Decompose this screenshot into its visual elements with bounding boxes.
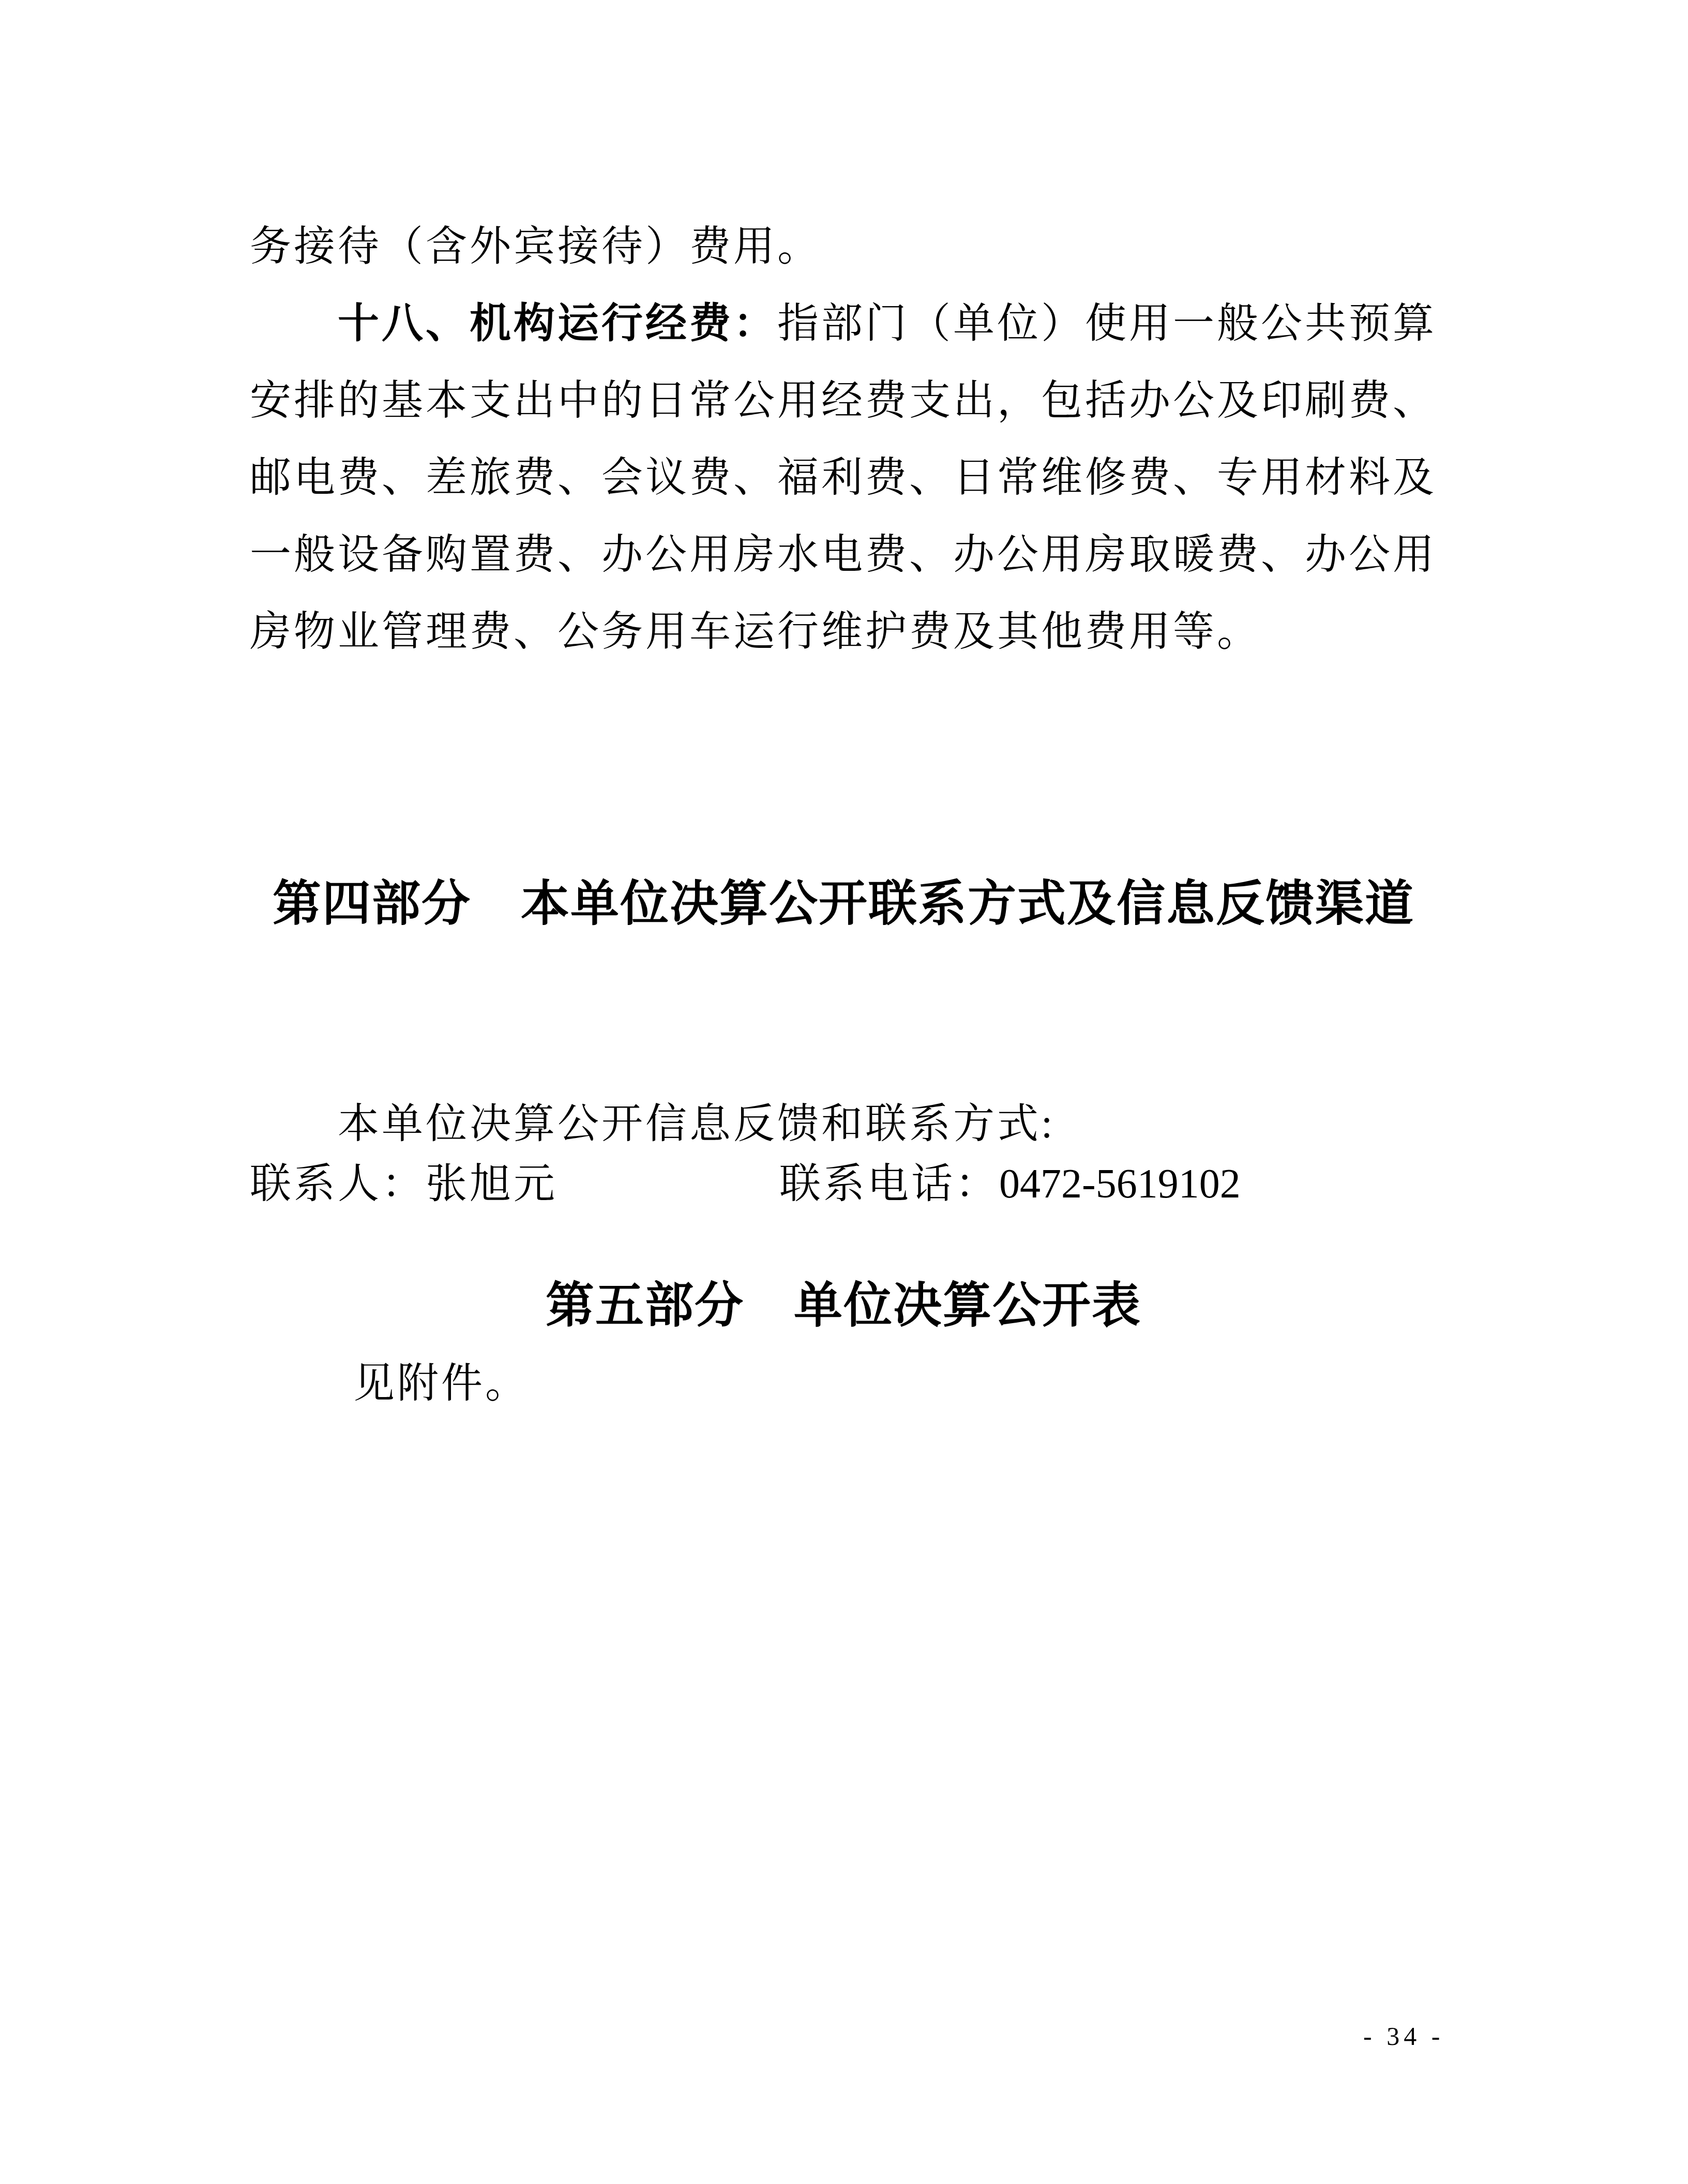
contact-person-name: 张旭元 [426, 1161, 557, 1207]
attachment-note-line: 见附件。 [250, 1362, 1437, 1406]
contact-phone-line: 联系电话：0472-5619102 [779, 1162, 1241, 1206]
paragraph-17-tail-line: 务接待（含外宾接待）费用。 [250, 225, 1437, 269]
paragraph-18-line-1-rest: 指部门（单位）使用一般公共预算 [777, 301, 1437, 346]
paragraph-18-line-2: 安排的基本支出中的日常公用经费支出，包括办公及印刷费、 [250, 379, 1437, 423]
paragraph-18-line-4: 一般设备购置费、办公用房水电费、办公用房取暖费、办公用 [250, 533, 1437, 577]
paragraph-18-lead-bold: 十八、机构运行经费： [338, 301, 777, 346]
document-page: 务接待（含外宾接待）费用。 十八、机构运行经费：指部门（单位）使用一般公共预算 … [0, 0, 1688, 2184]
page-number: - 34 - [1363, 2023, 1444, 2050]
contact-person-label: 联系人： [250, 1161, 426, 1207]
heading-part-5: 第五部分 单位决算公开表 [250, 1281, 1437, 1332]
contact-intro-line: 本单位决算公开信息反馈和联系方式: [250, 1102, 1437, 1146]
paragraph-18-line-5: 房物业管理费、公务用车运行维护费及其他费用等。 [250, 610, 1437, 654]
heading-part-4: 第四部分 本单位决算公开联系方式及信息反馈渠道 [250, 879, 1437, 931]
paragraph-18-line-3: 邮电费、差旅费、会议费、福利费、日常维修费、专用材料及 [250, 456, 1437, 500]
paragraph-18-line-1: 十八、机构运行经费：指部门（单位）使用一般公共预算 [250, 302, 1437, 346]
contact-phone-number: 0472-5619102 [999, 1161, 1241, 1207]
contact-phone-label: 联系电话： [779, 1161, 999, 1207]
